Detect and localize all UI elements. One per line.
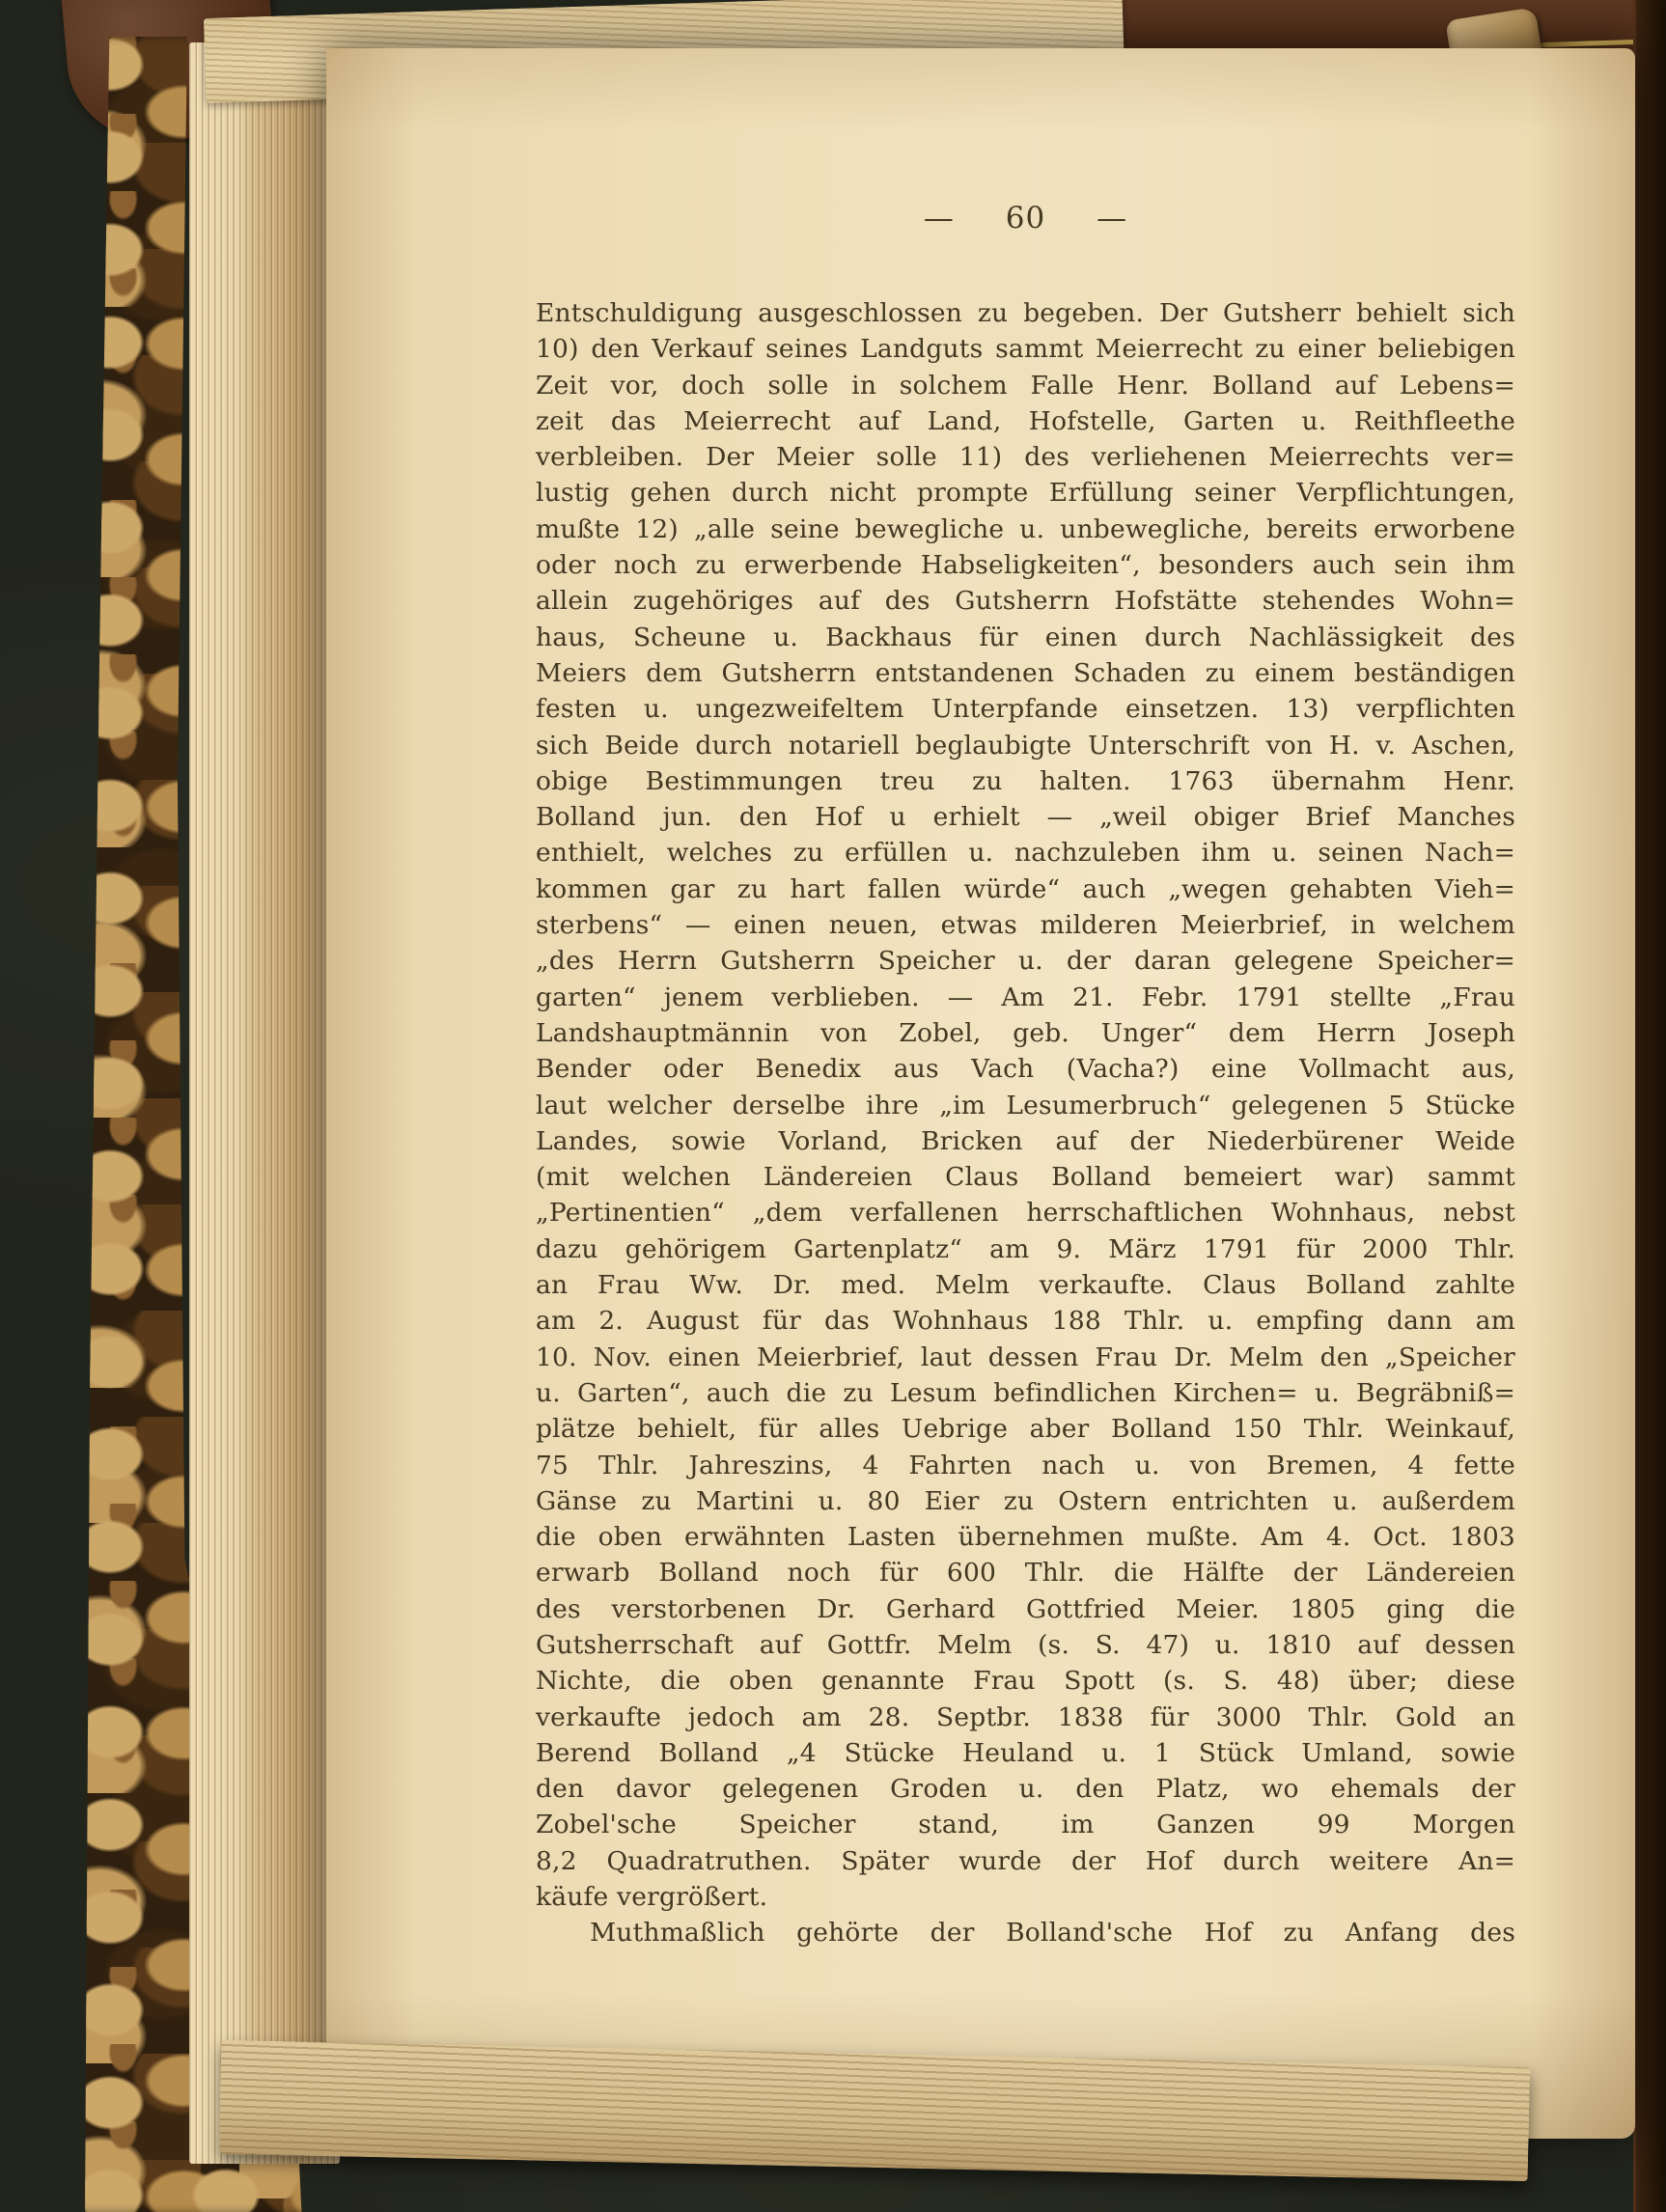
text-line: zeit das Meierrecht auf Land, Hofstelle,…: [536, 403, 1515, 439]
text-line: Landes, sowie Vorland, Bricken auf der N…: [536, 1123, 1515, 1159]
text-line: (mit welchen Ländereien Claus Bolland be…: [536, 1159, 1515, 1195]
text-line: „des Herrn Gutsherrn Speicher u. der dar…: [536, 943, 1515, 979]
text-line: kommen gar zu hart fallen würde“ auch „w…: [536, 871, 1515, 907]
stacked-page-edges: [189, 42, 340, 2164]
text-line: allein zugehöriges auf des Gutsherrn Hof…: [536, 583, 1515, 619]
text-line: Entschuldigung ausgeschlossen zu begeben…: [536, 295, 1515, 331]
text-line: festen u. ungezweifeltem Unterpfande ein…: [536, 691, 1515, 727]
text-line: Berend Bolland „4 Stücke Heuland u. 1 St…: [536, 1735, 1515, 1771]
text-line: verbleiben. Der Meier solle 11) des verl…: [536, 439, 1515, 475]
text-line: käufe vergrößert.: [536, 1879, 1515, 1915]
text-line: lustig gehen durch nicht prompte Erfüllu…: [536, 475, 1515, 511]
text-line: Bender oder Benedix aus Vach (Vacha?) ei…: [536, 1051, 1515, 1087]
text-line: des verstorbenen Dr. Gerhard Gottfried M…: [536, 1591, 1515, 1627]
page-header: — 60 —: [536, 201, 1515, 235]
text-line: Nichte, die oben genannte Frau Spott (s.…: [536, 1663, 1515, 1699]
text-line: Bolland jun. den Hof u erhielt — „weil o…: [536, 799, 1515, 835]
text-line: Meiers dem Gutsherrn entstandenen Schade…: [536, 655, 1515, 691]
text-line: dazu gehörigem Gartenplatz“ am 9. März 1…: [536, 1231, 1515, 1267]
text-line: 10. Nov. einen Meierbrief, laut dessen F…: [536, 1340, 1515, 1375]
text-line: Gutsherrschaft auf Gottfr. Melm (s. S. 4…: [536, 1627, 1515, 1663]
text-line: Gänse zu Martini u. 80 Eier zu Ostern en…: [536, 1483, 1515, 1519]
text-line: 75 Thlr. Jahreszins, 4 Fahrten nach u. v…: [536, 1448, 1515, 1483]
scanned-book-photo: — 60 — Entschuldigung ausgeschlossen zu …: [0, 0, 1666, 2212]
text-line: garten“ jenem verblieben. — Am 21. Febr.…: [536, 980, 1515, 1015]
text-line: erwarb Bolland noch für 600 Thlr. die Hä…: [536, 1555, 1515, 1590]
text-line: mußte 12) „alle seine bewegliche u. unbe…: [536, 512, 1515, 547]
text-line: am 2. August für das Wohnhaus 188 Thlr. …: [536, 1303, 1515, 1339]
page-number: — 60 —: [924, 201, 1127, 235]
text-line: Muthmaßlich gehörte der Bolland'sche Hof…: [536, 1915, 1515, 1950]
text-line: sich Beide durch notariell beglaubigte U…: [536, 728, 1515, 763]
text-line: sterbens“ — einen neuen, etwas milderen …: [536, 907, 1515, 943]
text-line: obige Bestimmungen treu zu halten. 1763 …: [536, 763, 1515, 799]
text-line: den davor gelegenen Groden u. den Platz,…: [536, 1771, 1515, 1807]
text-line: laut welcher derselbe ihre „im Lesumerbr…: [536, 1088, 1515, 1123]
text-line: 10) den Verkauf seines Landguts sammt Me…: [536, 331, 1515, 367]
book-cover-right-edge: [1633, 0, 1666, 2212]
text-line: Zobel'sche Speicher stand, im Ganzen 99 …: [536, 1807, 1515, 1842]
page-text: Entschuldigung ausgeschlossen zu begeben…: [536, 295, 1515, 1951]
text-line: u. Garten“, auch die zu Lesum befindlich…: [536, 1375, 1515, 1411]
text-line: haus, Scheune u. Backhaus für einen durc…: [536, 620, 1515, 655]
text-line: enthielt, welches zu erfüllen u. nachzul…: [536, 835, 1515, 871]
text-line: die oben erwähnten Lasten übernehmen muß…: [536, 1519, 1515, 1555]
text-line: an Frau Ww. Dr. med. Melm verkaufte. Cla…: [536, 1267, 1515, 1303]
text-line: Zeit vor, doch solle in solchem Falle He…: [536, 368, 1515, 403]
text-line: Landshauptmännin von Zobel, geb. Unger“ …: [536, 1015, 1515, 1051]
text-line: 8,2 Quadratruthen. Später wurde der Hof …: [536, 1843, 1515, 1879]
text-line: oder noch zu erwerbende Habseligkeiten“,…: [536, 547, 1515, 583]
text-line: „Pertinentien“ „dem verfallenen herrscha…: [536, 1195, 1515, 1230]
text-line: verkaufte jedoch am 28. Septbr. 1838 für…: [536, 1700, 1515, 1735]
text-line: plätze behielt, für alles Uebrige aber B…: [536, 1411, 1515, 1447]
